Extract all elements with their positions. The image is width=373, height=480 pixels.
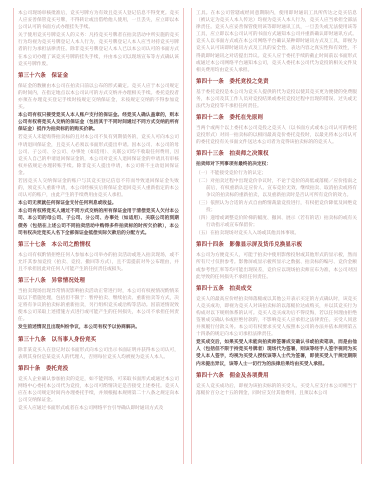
article-paragraph: 基于委托竞投是本公司为竞买人提供的代为竞投以使其竞买更为便捷的免费服务，本公司及… — [196, 88, 357, 109]
article-paragraph: 竞买成交后，如果买受人未能向拍卖师签署成交确认书或拍卖笔录，而是由他人（包括但不… — [196, 338, 357, 366]
article-paragraph: 竞买人竞买成功后，即视为该拍卖标的的买受人。买受人应支付本公司相当于落槌价百分之… — [196, 382, 357, 396]
article-paragraph: 本公司为方便竞买人，可能于拍卖中使用影像投射或其他形式的显示板，然而所有尺寸仅供… — [196, 251, 357, 279]
article-heading: 第四十五条 拍卖成交 — [196, 286, 357, 293]
article-heading: 第四十二条 委托在先原则 — [196, 115, 357, 122]
article-paragraph: 若因竞买人交纳保证金的账户与其竞买登记信息不符而导致退回保证金失败的，须竞买人重… — [18, 177, 179, 198]
article-paragraph: 工具。在本公司管辖或经同意期限内，使用即时通讯工具所传达之竞买信息（被认定为竞买… — [196, 9, 357, 73]
article-paragraph: 本公司有权酌情拒绝任何人参加本公司举办的拍卖活动或进入拍卖现场，或不允许其参加竞… — [18, 251, 179, 272]
article-heading: 第三十九条 以当事人身份竞买 — [18, 337, 179, 344]
article-paragraph: 本公司现场审核批准后，竞买号牌方为有效且竞买人登记信息不得变更。竞买人应妥善保管… — [18, 9, 179, 30]
left-column: 本公司现场审核批准后，竞买号牌方为有效且竞买人登记信息不得变更。竞买人应妥善保管… — [13, 8, 184, 464]
article-paragraph: 若竞买人未能购得拍卖标的且对本公司不负有到期债务的，竞买人可向本公司申请退回保证… — [18, 133, 179, 176]
article-heading: 第四十六条 佣金及各项费用 — [196, 373, 357, 380]
clause-item: （五）在拍卖现场对竞买人入场或其他具体事项。 — [196, 229, 357, 236]
article-paragraph: 本公司无须就任何保证金支付任何利息或收益。 — [18, 199, 179, 206]
article-paragraph: 除非某竞买人在登记时以书面形式向本公司出示书面证明并获得本公司认可，表明其身份是… — [18, 346, 179, 360]
article-heading: 第四十条 委托竞投 — [18, 366, 179, 373]
article-paragraph: 本公司有权将竞买人通过不同方式交纳的所有保证金用于清偿竞买人欠付本公司、本公司的… — [18, 207, 179, 235]
article-paragraph: 竞买人应通过书面形式或者在本公司网络平台引导确认即时通讯方式及 — [18, 404, 179, 411]
two-column-text-area: 本公司现场审核批准后，竞买号牌方为有效且竞买人登记信息不得变更。竞买人应妥善保管… — [13, 8, 362, 464]
right-column: 工具。在本公司管辖或经同意期限内，使用即时通讯工具所传达之竞买信息（被认定为竞买… — [191, 8, 362, 464]
article-paragraph: 竞买人的最高应价经拍卖师落槌或以其他公开表示买定的方式确认时，该竞买人竞买成功，… — [196, 295, 357, 338]
clause-item: （二）对拍卖过程中出现竞价争议时，不论于竞价的高低或落槌／应价指南之前后，有权重… — [196, 177, 357, 198]
article-paragraph: 拍卖师对下列事项有最终的决定权： — [196, 160, 357, 167]
article-heading: 第四十一条 委托竞投之免责 — [196, 79, 357, 86]
clause-item: （一）不能接受竞价行为的认定； — [196, 169, 357, 176]
article-heading: 第三十八条 异常情况处理 — [18, 278, 179, 285]
article-paragraph: 保证金的数额由本公司在拍卖日前以公布的形式确定。竞买人应于本公司规定的时间内，在… — [18, 82, 179, 110]
article-heading: 第三十七条 本公司之酌情权 — [18, 242, 179, 249]
article-paragraph: 关于使用竞买号牌竞买人的义务：凡持竞买号牌者在拍卖活动中所实施的竞买行为均视为竞… — [18, 31, 179, 66]
article-heading: 第四十三条 拍卖师之决策权 — [196, 151, 357, 158]
article-paragraph: 发生前述情况且出现纠纷争议，本公司有权予以协商解决。 — [18, 323, 179, 330]
article-paragraph: 本公司有权只接受竞买人本人账户支付的保证金。经竞买人确认盖章的，则本公司有权将竞… — [18, 111, 179, 132]
article-paragraph: 当两个或两个以上委托本公司竞投之竞买人（以书面方式或本公司认可的委托竞投形式）对… — [196, 124, 357, 145]
article-paragraph: 当拍卖现场出现异常情况影响拍卖活动正常进行时，本公司有权视情况酌情采取以下措施处… — [18, 287, 179, 322]
article-paragraph: 竞买人企业确认参加拍卖的竞定，如不能到场，可采取书面形式或通过本公司网络中心委托… — [18, 375, 179, 403]
clause-item: （四）递增或调整竞价阶梯的幅度、撤回、展示（若有的话）拍卖标的或有关行动指示或宣… — [196, 214, 357, 228]
article-heading: 第四十四条 影像显示屏及货币兑换显示板 — [196, 242, 357, 249]
clause-item: （三）依照认为合适的方式自由酌情裁量竞投进行，有权把竞价降低及回绝竞投； — [196, 199, 357, 213]
article-heading: 第三十六条 保证金 — [18, 73, 179, 80]
document-page: 本公司现场审核批准后，竞买号牌方为有效且竞买人登记信息不得变更。竞买人应妥善保管… — [0, 0, 373, 480]
